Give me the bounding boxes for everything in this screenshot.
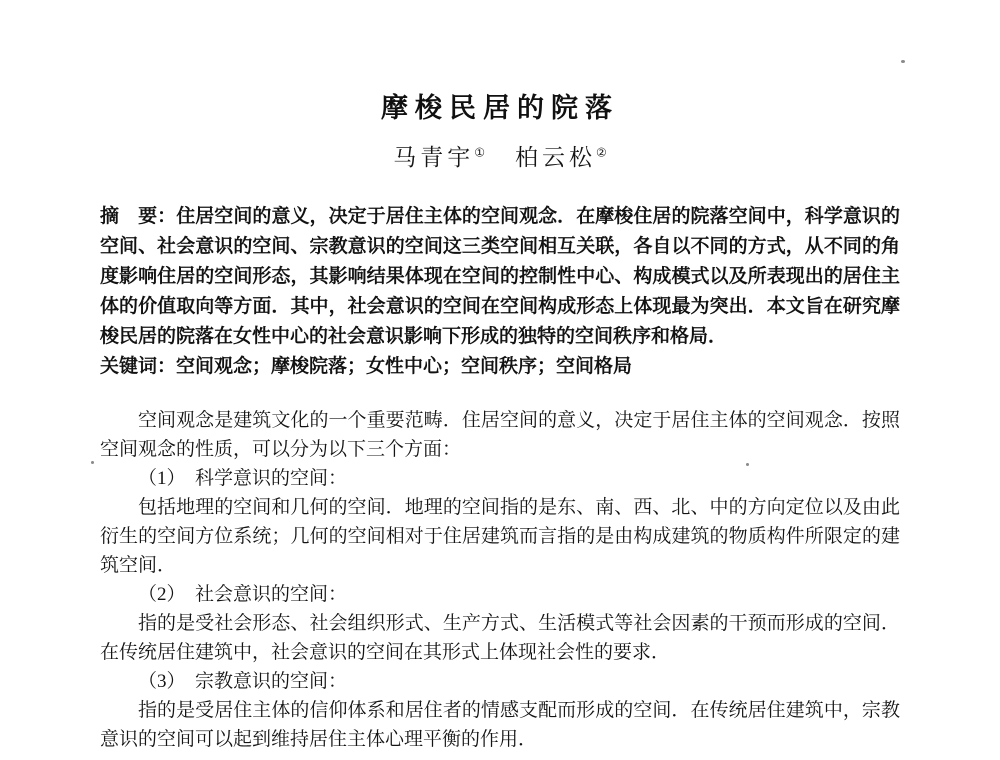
keywords-label: 关键词： [100,356,176,377]
body-item-2-heading: （2） 社会意识的空间： [100,580,900,609]
author-2-superscript: ② [596,145,607,159]
body-item-1-heading: （1） 科学意识的空间： [100,464,900,493]
author-1: 马青宇① [393,139,485,172]
author-1-name: 马青宇 [393,145,474,170]
keywords-text: 空间观念；摩梭院落；女性中心；空间秩序；空间格局 [176,356,632,377]
scan-speck [901,60,905,63]
scan-speck [91,461,94,464]
author-2-name: 柏云松 [515,145,596,170]
authors-line: 马青宇①柏云松② [100,139,900,172]
abstract-text: 住居空间的意义，决定于居住主体的空间观念．在摩梭住居的院落空间中，科学意识的空间… [100,206,900,347]
body-block: 空间观念是建筑文化的一个重要范畴．住居空间的意义，决定于居住主体的空间观念．按照… [100,406,900,754]
author-1-superscript: ① [474,145,485,159]
body-item-2-text: 指的是受社会形态、社会组织形式、生产方式、生活模式等社会因素的干预而形成的空间．… [100,609,900,667]
body-item-3-text: 指的是受居住主体的信仰体系和居住者的情感支配而形成的空间．在传统居住建筑中，宗教… [100,696,900,754]
body-paragraph-intro: 空间观念是建筑文化的一个重要范畴．住居空间的意义，决定于居住主体的空间观念．按照… [100,406,900,464]
author-2: 柏云松② [515,139,607,172]
keywords-line: 关键词：空间观念；摩梭院落；女性中心；空间秩序；空间格局 [100,352,900,382]
abstract-label: 摘 要： [100,206,176,227]
body-item-3-heading: （3） 宗教意识的空间： [100,667,900,696]
abstract-block: 摘 要：住居空间的意义，决定于居住主体的空间观念．在摩梭住居的院落空间中，科学意… [100,202,900,382]
paper-title: 摩梭民居的院落 [100,86,900,125]
paper-page: 摩梭民居的院落 马青宇①柏云松② 摘 要：住居空间的意义，决定于居住主体的空间观… [0,0,1000,760]
body-item-1-text: 包括地理的空间和几何的空间．地理的空间指的是东、南、西、北、中的方向定位以及由此… [100,493,900,580]
scan-speck [746,463,749,466]
paper-content: 摩梭民居的院落 马青宇①柏云松② 摘 要：住居空间的意义，决定于居住主体的空间观… [0,0,1000,754]
abstract-paragraph: 摘 要：住居空间的意义，决定于居住主体的空间观念．在摩梭住居的院落空间中，科学意… [100,202,900,352]
